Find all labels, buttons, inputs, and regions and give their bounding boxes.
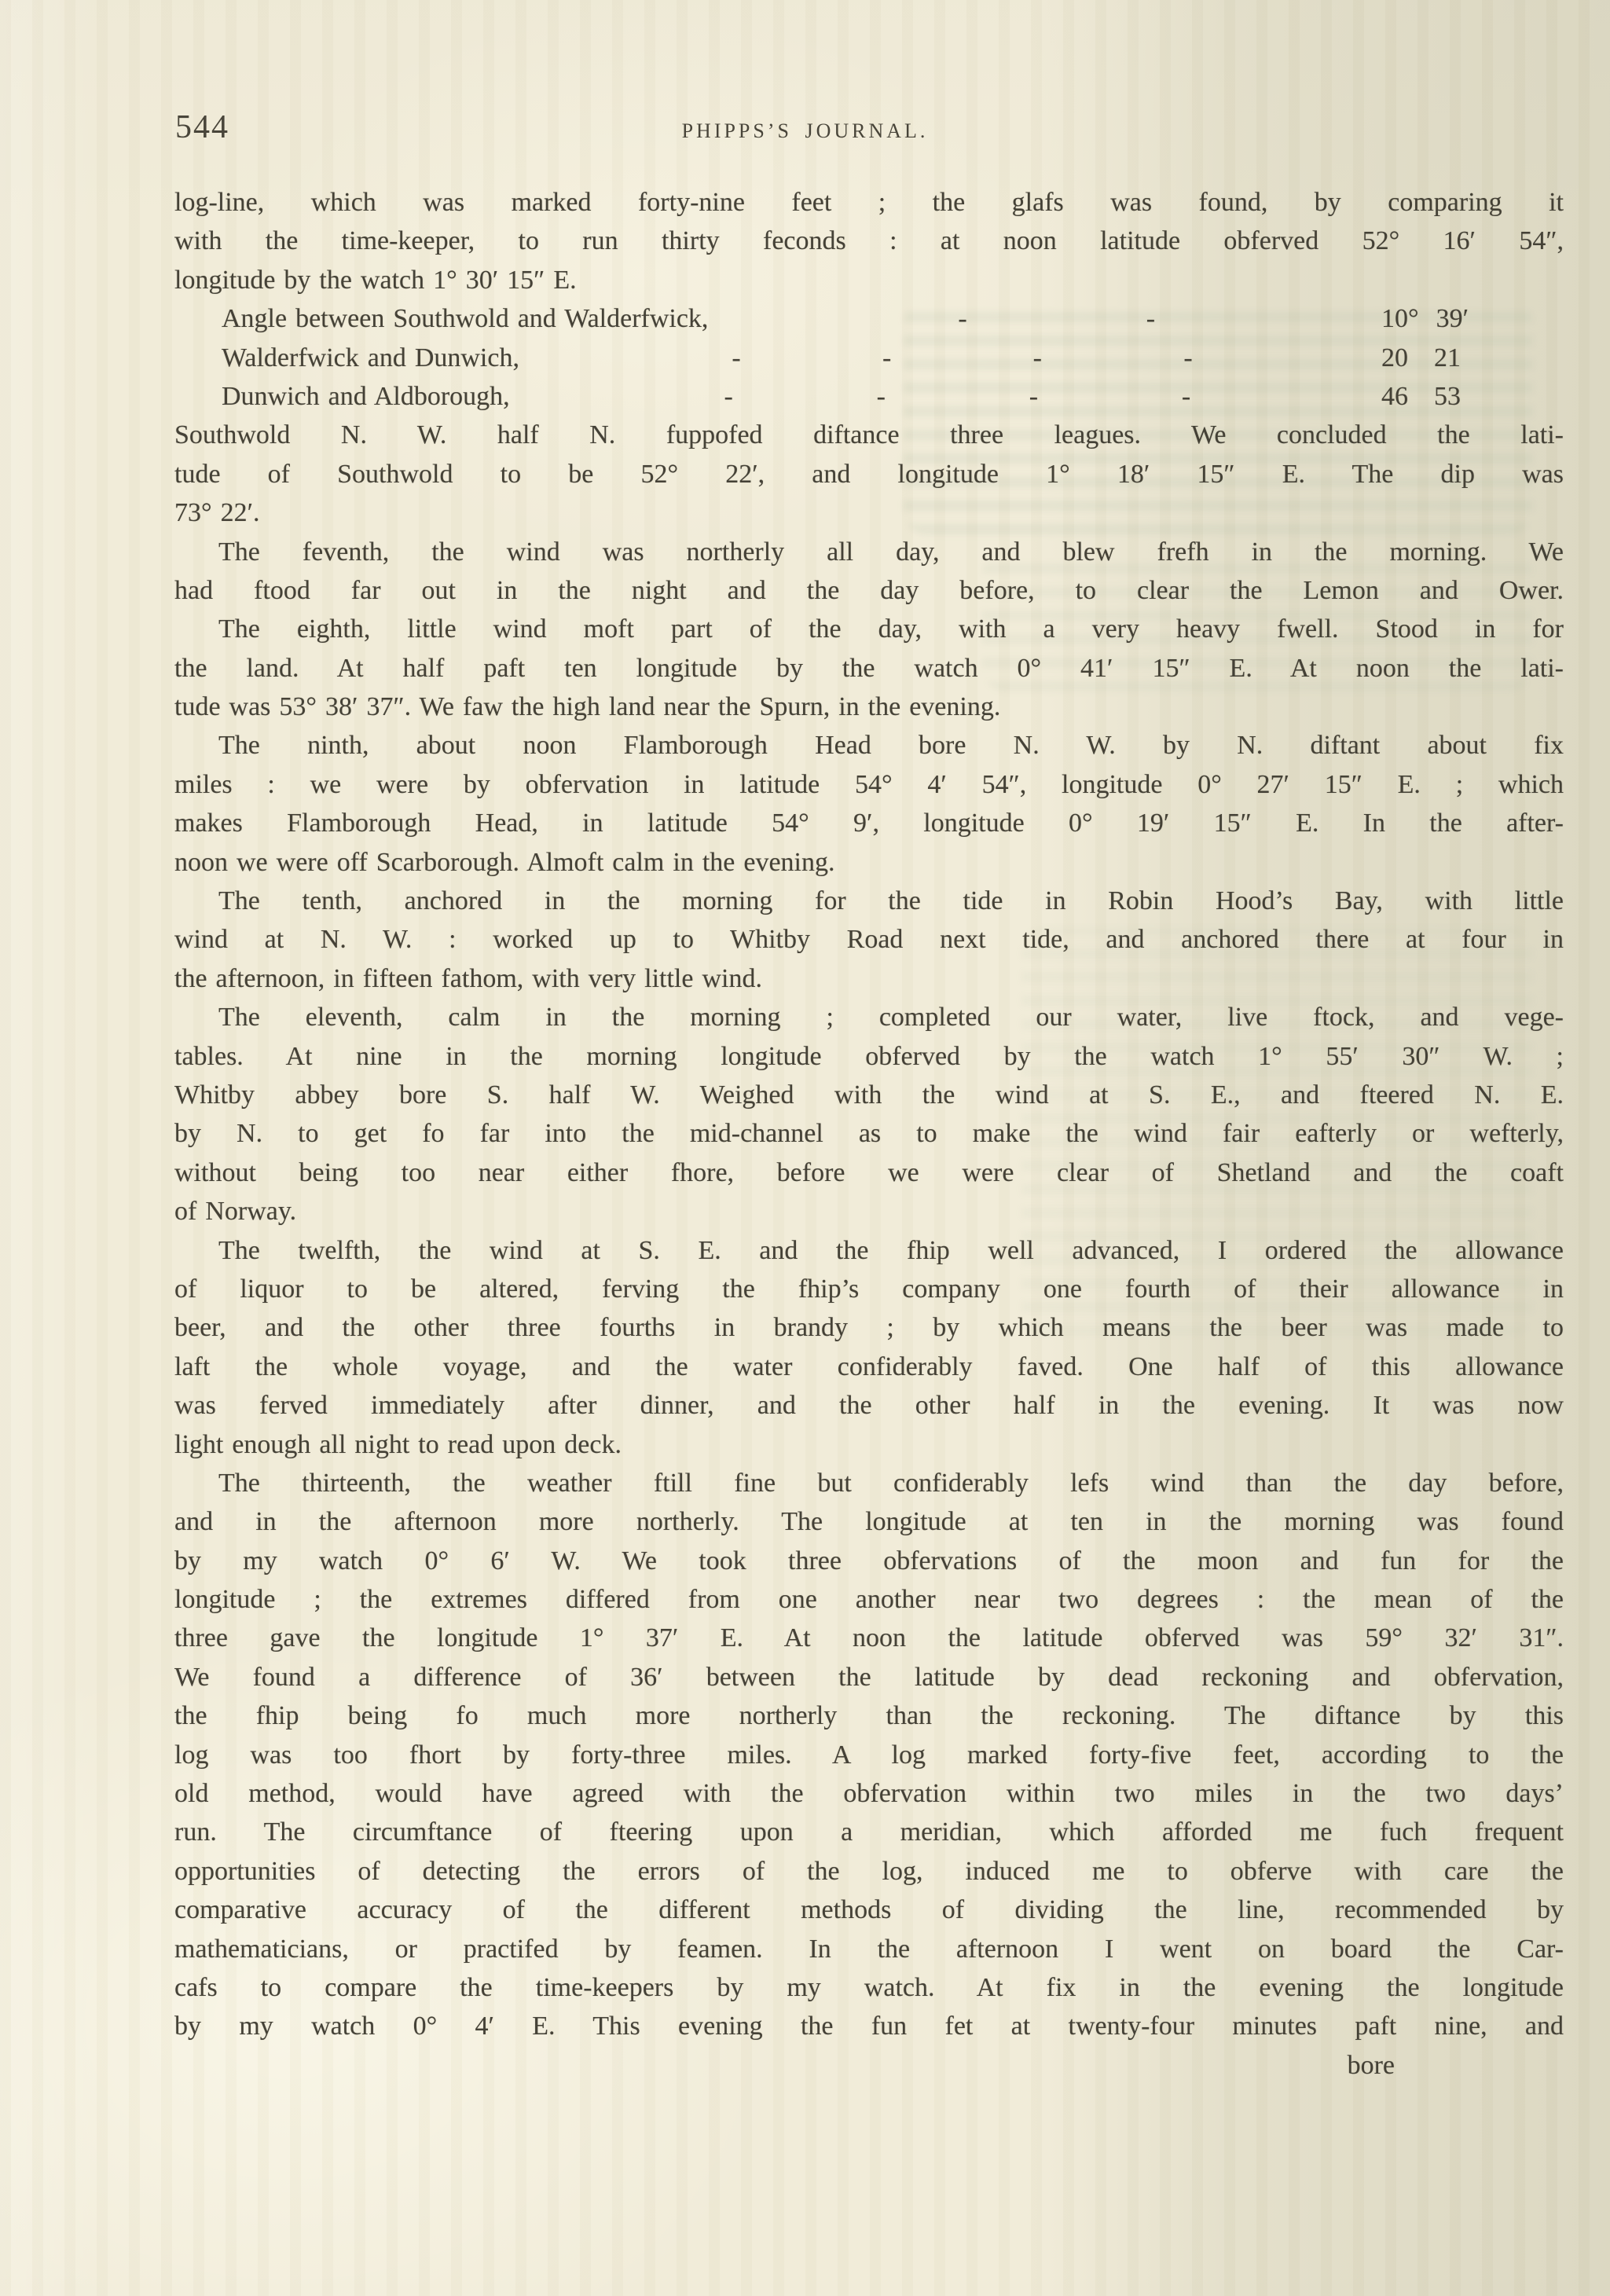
text-line: log-line, which was marked forty-nine fe… bbox=[174, 183, 1564, 222]
text-line: The ninth, about noon Flamborough Head b… bbox=[174, 726, 1564, 765]
angle-value: 10° 39′ bbox=[1381, 299, 1564, 338]
text-line: laft the whole voyage, and the water con… bbox=[174, 1348, 1564, 1386]
text-line: and in the afternoon more northerly. The… bbox=[174, 1502, 1564, 1541]
text-line: the land. At half paft ten longitude by … bbox=[174, 649, 1564, 688]
text-line: The eleventh, calm in the morning ; comp… bbox=[174, 998, 1564, 1036]
text-line: with the time-keeper, to run thirty feco… bbox=[174, 222, 1564, 260]
text-line: noon we were off Scarborough. Almoft cal… bbox=[174, 843, 1564, 882]
running-title: PHIPPS’S JOURNAL. bbox=[682, 119, 929, 143]
angle-table-row: Dunwich and Aldborough, ---- 46 53 bbox=[174, 377, 1564, 416]
text-line: was ferved immediately after dinner, and… bbox=[174, 1386, 1564, 1425]
text-line: tude was 53° 38′ 37″. We faw the high la… bbox=[174, 688, 1564, 726]
text-line: 73° 22′. bbox=[174, 493, 1564, 532]
angle-table-row: Angle between Southwold and Walderfwick,… bbox=[174, 299, 1564, 338]
catchword: bore bbox=[174, 2046, 1564, 2085]
dash-icon: - bbox=[732, 339, 740, 377]
dash-icon: - bbox=[877, 377, 886, 416]
text-line: run. The circumftance of fteering upon a… bbox=[174, 1813, 1564, 1851]
text-line: The thirteenth, the weather ftill fine b… bbox=[174, 1464, 1564, 1502]
text-line: three gave the longitude 1° 37′ E. At no… bbox=[174, 1619, 1564, 1657]
text-line: mathematicians, or practifed by feamen. … bbox=[174, 1930, 1564, 1968]
text-line: longitude ; the extremes differed from o… bbox=[174, 1580, 1564, 1619]
text-line: tables. At nine in the morning longitude… bbox=[174, 1037, 1564, 1076]
dash-icon: - bbox=[1146, 299, 1155, 338]
angle-label: Dunwich and Aldborough, bbox=[174, 377, 510, 416]
text-line: cafs to compare the time-keepers by my w… bbox=[174, 1968, 1564, 2007]
text-line: of liquor to be altered, ferving the fhi… bbox=[174, 1270, 1564, 1308]
dash-leader: ---- bbox=[510, 377, 1381, 416]
body-text: log-line, which was marked forty-nine fe… bbox=[174, 183, 1564, 2085]
dash-leader: ---- bbox=[519, 339, 1381, 377]
text-line: Whitby abbey bore S. half W. Weighed wit… bbox=[174, 1076, 1564, 1114]
text-line: The feventh, the wind was northerly all … bbox=[174, 533, 1564, 571]
dash-leader: -- bbox=[708, 299, 1381, 338]
text-line: makes Flamborough Head, in latitude 54° … bbox=[174, 804, 1564, 842]
text-line: by N. to get fo far into the mid-channel… bbox=[174, 1114, 1564, 1153]
text-line: Southwold N. W. half N. fuppofed diftanc… bbox=[174, 416, 1564, 454]
dash-icon: - bbox=[958, 299, 966, 338]
text-line: light enough all night to read upon deck… bbox=[174, 1425, 1564, 1464]
angle-value: 46 53 bbox=[1381, 377, 1564, 416]
angle-table-row: Walderfwick and Dunwich, ---- 20 21 bbox=[174, 339, 1564, 377]
text-line: by my watch 0° 4′ E. This evening the fu… bbox=[174, 2007, 1564, 2045]
dash-icon: - bbox=[1183, 339, 1192, 377]
text-line: the afternoon, in fifteen fathom, with v… bbox=[174, 959, 1564, 998]
dash-icon: - bbox=[724, 377, 732, 416]
text-line: opportunities of detecting the errors of… bbox=[174, 1852, 1564, 1891]
text-line: log was too fhort by forty-three miles. … bbox=[174, 1736, 1564, 1774]
text-line: of Norway. bbox=[174, 1192, 1564, 1231]
angle-label: Walderfwick and Dunwich, bbox=[174, 339, 519, 377]
angle-value: 20 21 bbox=[1381, 339, 1564, 377]
text-line: by my watch 0° 6′ W. We took three obfer… bbox=[174, 1542, 1564, 1580]
text-line: tude of Southwold to be 52° 22′, and lon… bbox=[174, 455, 1564, 493]
text-line: longitude by the watch 1° 30′ 15″ E. bbox=[174, 261, 1564, 299]
dash-icon: - bbox=[1182, 377, 1190, 416]
page-number: 544 bbox=[175, 108, 229, 146]
text-line: had ftood far out in the night and the d… bbox=[174, 571, 1564, 610]
dash-icon: - bbox=[1029, 377, 1038, 416]
text-line: The eighth, little wind moft part of the… bbox=[174, 610, 1564, 648]
scanned-book-page: 544 PHIPPS’S JOURNAL. log-line, which wa… bbox=[0, 0, 1610, 2296]
text-line: The tenth, anchored in the morning for t… bbox=[174, 882, 1564, 920]
text-line: wind at N. W. : worked up to Whitby Road… bbox=[174, 920, 1564, 959]
text-line: the fhip being fo much more northerly th… bbox=[174, 1696, 1564, 1735]
angle-label: Angle between Southwold and Walderfwick, bbox=[174, 299, 708, 338]
dash-icon: - bbox=[882, 339, 891, 377]
text-line: old method, would have agreed with the o… bbox=[174, 1774, 1564, 1813]
text-line: The twelfth, the wind at S. E. and the f… bbox=[174, 1231, 1564, 1270]
text-line: comparative accuracy of the different me… bbox=[174, 1891, 1564, 1929]
text-line: beer, and the other three fourths in bra… bbox=[174, 1308, 1564, 1347]
text-line: miles : we were by obfervation in latitu… bbox=[174, 765, 1564, 804]
dash-icon: - bbox=[1033, 339, 1042, 377]
text-line: We found a difference of 36′ between the… bbox=[174, 1658, 1564, 1696]
text-line: without being too near either fhore, bef… bbox=[174, 1154, 1564, 1192]
